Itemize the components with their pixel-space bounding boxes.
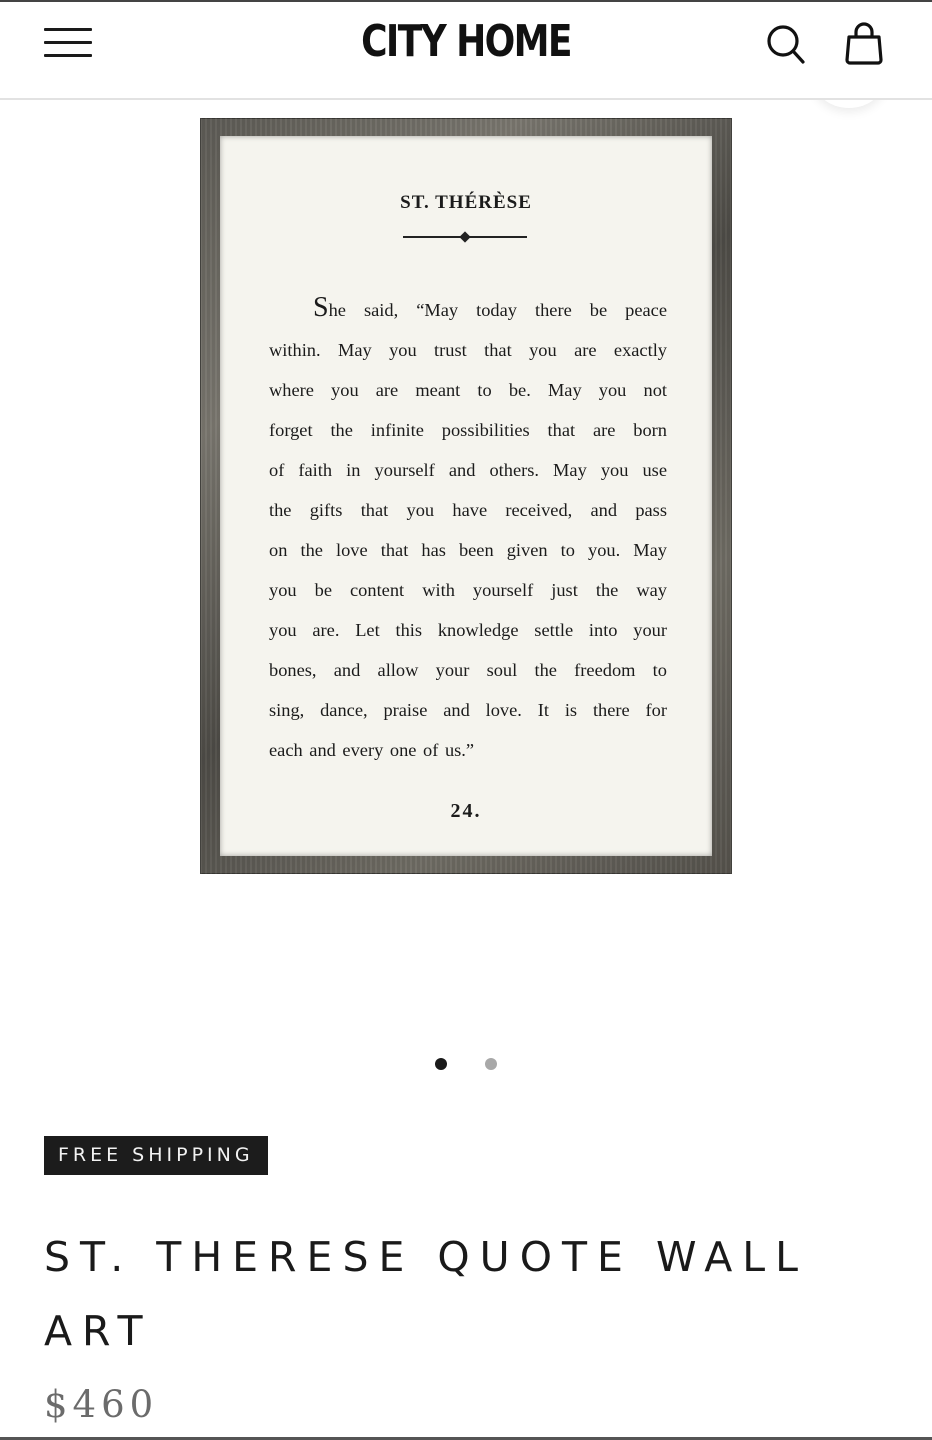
status-divider [0, 0, 932, 2]
quote-line: each and every one of us.” [269, 730, 667, 770]
site-header: CITY HOME [0, 0, 932, 100]
free-shipping-badge: FREE SHIPPING [44, 1136, 268, 1175]
quote-line: the gifts that you have received, and pa… [269, 490, 667, 530]
quote-line: forget the infinite possibilities that a… [269, 410, 667, 450]
quote-line: within. May you trust that you are exact… [269, 330, 667, 370]
quote-line: bones, and allow your soul the freedom t… [269, 650, 667, 690]
quote-line-text: he said, “May today there be peace [329, 300, 667, 320]
product-gallery: ST. THÉRÈSE She said, “May today there b… [0, 100, 932, 1040]
ornament-diamond-icon [459, 231, 470, 242]
drop-cap: S [313, 292, 329, 323]
product-image[interactable]: ST. THÉRÈSE She said, “May today there b… [200, 118, 732, 874]
shopping-bag-icon [842, 20, 886, 68]
gallery-pagination [0, 1057, 932, 1071]
search-icon [764, 20, 808, 68]
art-page-number: 24. [220, 800, 712, 823]
product-title: ST. THERESE QUOTE WALL ART [44, 1220, 904, 1368]
gallery-dot-1[interactable] [435, 1058, 447, 1070]
gallery-dot-2[interactable] [485, 1058, 497, 1070]
quote-line: where you are meant to be. May you not [269, 370, 667, 410]
quote-line: you be content with yourself just the wa… [269, 570, 667, 610]
quote-line: She said, “May today there be peace [269, 288, 667, 330]
quote-line: you are. Let this knowledge settle into … [269, 610, 667, 650]
art-print: ST. THÉRÈSE She said, “May today there b… [220, 136, 712, 856]
art-title: ST. THÉRÈSE [220, 192, 712, 214]
search-button[interactable] [764, 20, 808, 68]
product-price: $460 [44, 1383, 158, 1426]
quote-line: on the love that has been given to you. … [269, 530, 667, 570]
art-quote: She said, “May today there be peace with… [269, 288, 667, 770]
cart-button[interactable] [842, 20, 886, 68]
quote-line: sing, dance, praise and love. It is ther… [269, 690, 667, 730]
site-logo[interactable]: CITY HOME [84, 16, 848, 68]
quote-line: of faith in yourself and others. May you… [269, 450, 667, 490]
